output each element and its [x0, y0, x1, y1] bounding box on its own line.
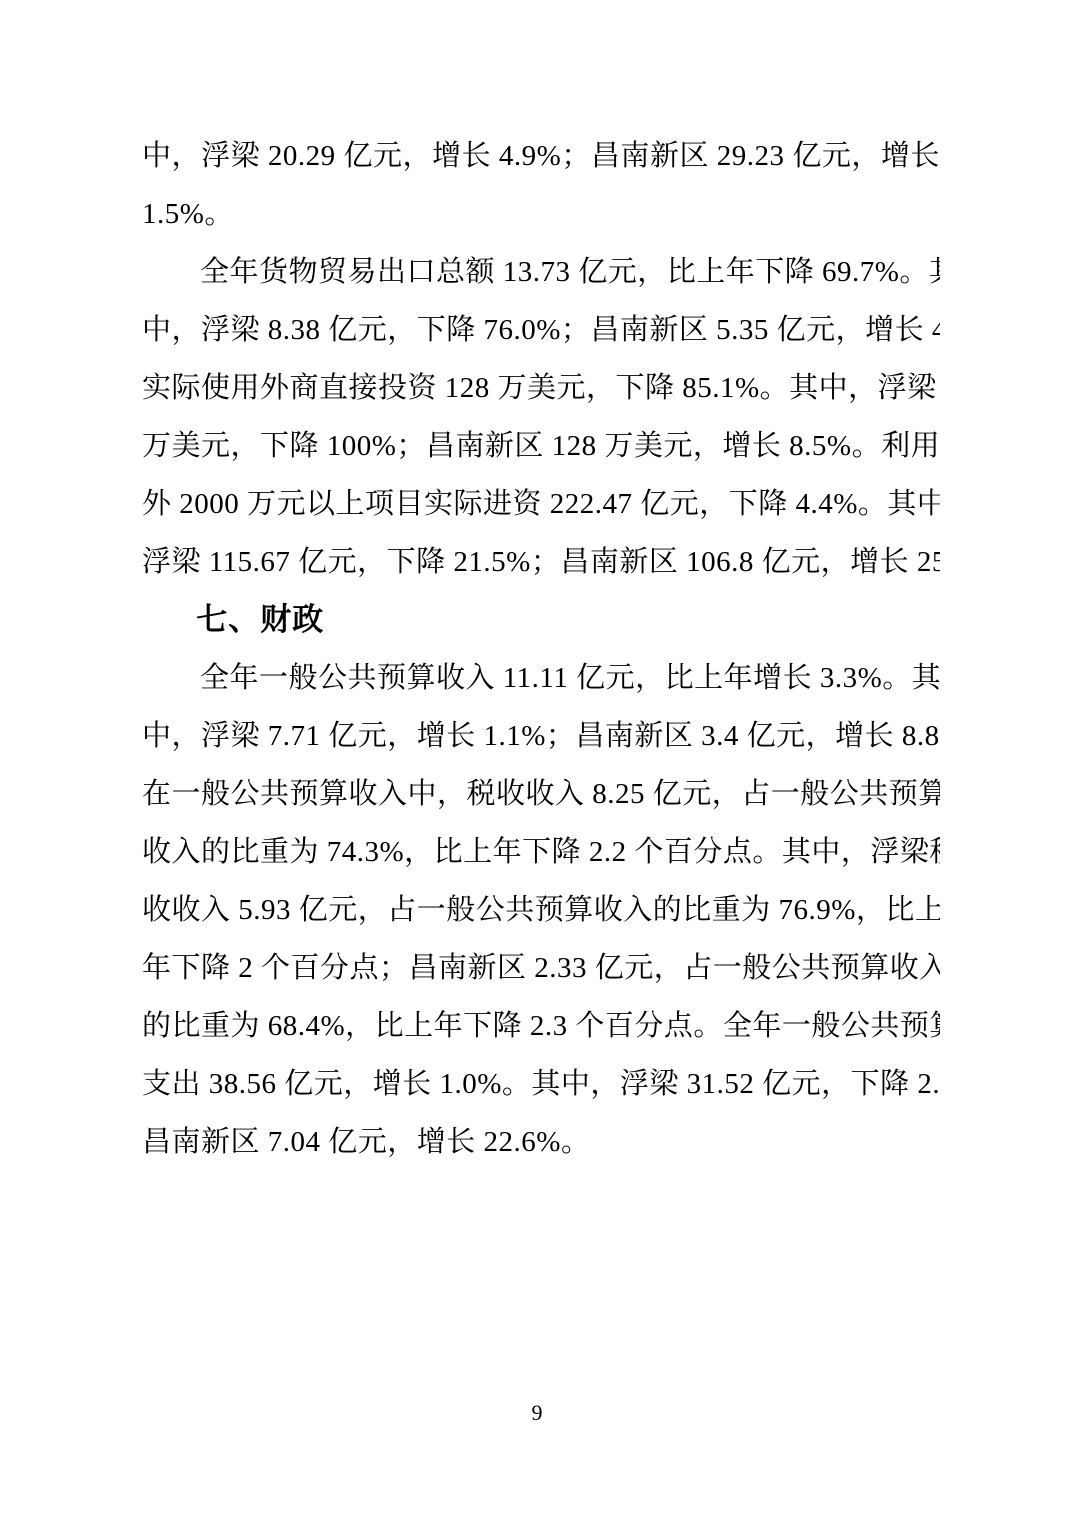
- text-line: 1.5%。: [142, 185, 940, 243]
- text-line: 中，浮梁 8.38 亿元，下降 76.0%；昌南新区 5.35 亿元，增长 48…: [142, 301, 940, 359]
- document-page: 中，浮梁 20.29 亿元，增长 4.9%；昌南新区 29.23 亿元，增长1.…: [0, 0, 1074, 1520]
- text-line: 中，浮梁 7.71 亿元，增长 1.1%；昌南新区 3.4 亿元，增长 8.8%…: [142, 707, 940, 765]
- document-body: 中，浮梁 20.29 亿元，增长 4.9%；昌南新区 29.23 亿元，增长1.…: [142, 127, 940, 1171]
- section-heading: 七、财政: [142, 591, 940, 649]
- paragraph: 全年一般公共预算收入 11.11 亿元，比上年增长 3.3%。其中，浮梁 7.7…: [142, 649, 940, 1171]
- text-line: 浮梁 115.67 亿元，下降 21.5%；昌南新区 106.8 亿元，增长 2…: [142, 533, 940, 591]
- text-line: 收入的比重为 74.3%，比上年下降 2.2 个百分点。其中，浮梁税: [142, 823, 940, 881]
- text-line: 收收入 5.93 亿元，占一般公共预算收入的比重为 76.9%，比上: [142, 881, 940, 939]
- text-line: 万美元，下降 100%；昌南新区 128 万美元，增长 8.5%。利用省: [142, 417, 940, 475]
- paragraph: 全年货物贸易出口总额 13.73 亿元，比上年下降 69.7%。其中，浮梁 8.…: [142, 243, 940, 591]
- text-line: 全年货物贸易出口总额 13.73 亿元，比上年下降 69.7%。其: [142, 243, 940, 301]
- text-line: 支出 38.56 亿元，增长 1.0%。其中，浮梁 31.52 亿元，下降 2.…: [142, 1055, 940, 1113]
- text-line: 昌南新区 7.04 亿元，增长 22.6%。: [142, 1113, 940, 1171]
- page-footer: 9: [0, 1398, 1074, 1428]
- text-line: 在一般公共预算收入中，税收收入 8.25 亿元，占一般公共预算: [142, 765, 940, 823]
- text-line: 实际使用外商直接投资 128 万美元，下降 85.1%。其中，浮梁 0: [142, 359, 940, 417]
- text-line: 的比重为 68.4%，比上年下降 2.3 个百分点。全年一般公共预算: [142, 997, 940, 1055]
- text-line: 全年一般公共预算收入 11.11 亿元，比上年增长 3.3%。其: [142, 649, 940, 707]
- paragraph: 中，浮梁 20.29 亿元，增长 4.9%；昌南新区 29.23 亿元，增长1.…: [142, 127, 940, 243]
- page-number: 9: [532, 1400, 543, 1425]
- text-line: 年下降 2 个百分点；昌南新区 2.33 亿元，占一般公共预算收入: [142, 939, 940, 997]
- text-line: 外 2000 万元以上项目实际进资 222.47 亿元，下降 4.4%。其中，: [142, 475, 940, 533]
- text-line: 中，浮梁 20.29 亿元，增长 4.9%；昌南新区 29.23 亿元，增长: [142, 127, 940, 185]
